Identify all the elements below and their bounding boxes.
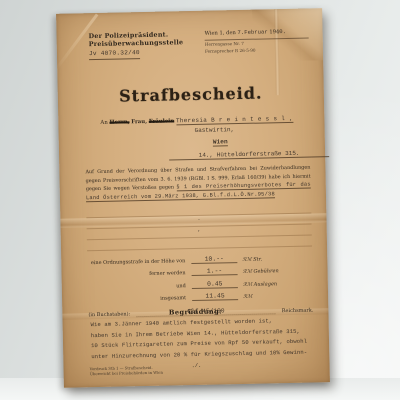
penalty-suffix: ℛℳ Str. <box>237 257 262 264</box>
page-title: Strafbescheid. <box>58 82 324 107</box>
penalty-value: 11.45 <box>192 292 238 301</box>
salutation-frau: Frau, <box>131 119 147 125</box>
penalty-suffix: ℛℳ Gebühren <box>238 269 279 276</box>
penalty-label: insgesamt <box>88 295 192 303</box>
penalty-value: 1.-- <box>191 267 237 276</box>
salutation-herrn: Herrn, <box>109 119 129 125</box>
document-content: Der Polizeipräsident. Preisüberwachungss… <box>56 8 330 387</box>
blank-line-mark: . <box>197 216 200 222</box>
document-header: Der Polizeipräsident. Preisüberwachungss… <box>89 28 310 60</box>
form-footnote-line2: Überreicht bei Preisbehörden in Wien <box>90 370 163 376</box>
penalty-value: 0.45 <box>192 280 238 289</box>
addressee-city: Wien <box>213 138 228 146</box>
place-prefix: Wien 1, den <box>204 30 235 37</box>
document-paper: Der Polizeipräsident. Preisüberwachungss… <box>56 8 330 387</box>
date-typed: 7.Februar <box>237 28 267 36</box>
penalty-suffix: ℛℳ <box>238 294 252 300</box>
blank-line-mark: , <box>198 227 201 233</box>
blank-lines: . , <box>86 203 312 252</box>
addressee-name: Theresia B r e i n t e s s l , <box>176 115 293 125</box>
office-phone: Fernsprecher R 26-5-90 <box>205 46 309 56</box>
penalty-value: 10.-- <box>191 255 237 264</box>
year-printed: 194 <box>269 29 279 35</box>
salutation-fraeulein: Fräulein <box>149 118 175 125</box>
legal-paragraph: Auf Grund der Verordnung über Strafen un… <box>85 164 311 203</box>
sender-line-2: Preisüberwachungsstelle <box>89 38 184 48</box>
photo-background: Der Polizeipräsident. Preisüberwachungss… <box>0 0 400 400</box>
date-block: Wien 1, den 7.Februar 1940. Herrengasse … <box>204 28 309 58</box>
year-typed: 0. <box>279 28 286 35</box>
reference-number: Jv 4070.32/40 <box>89 49 140 59</box>
penalty-suffix: ℛℳ Auslagen <box>238 281 277 288</box>
addressee-street: 14., Hütteldorferstraße 315. <box>169 149 329 160</box>
addressee-block: An Herrn, Frau, Fräulein Theresia B r e … <box>100 115 311 162</box>
addressee-prefix: An <box>100 120 107 126</box>
reasoning-paragraph: Wie am 3.Jänner 1940 amtlich festgestell… <box>91 315 317 362</box>
sender-block: Der Polizeipräsident. Preisüberwachungss… <box>89 30 184 60</box>
